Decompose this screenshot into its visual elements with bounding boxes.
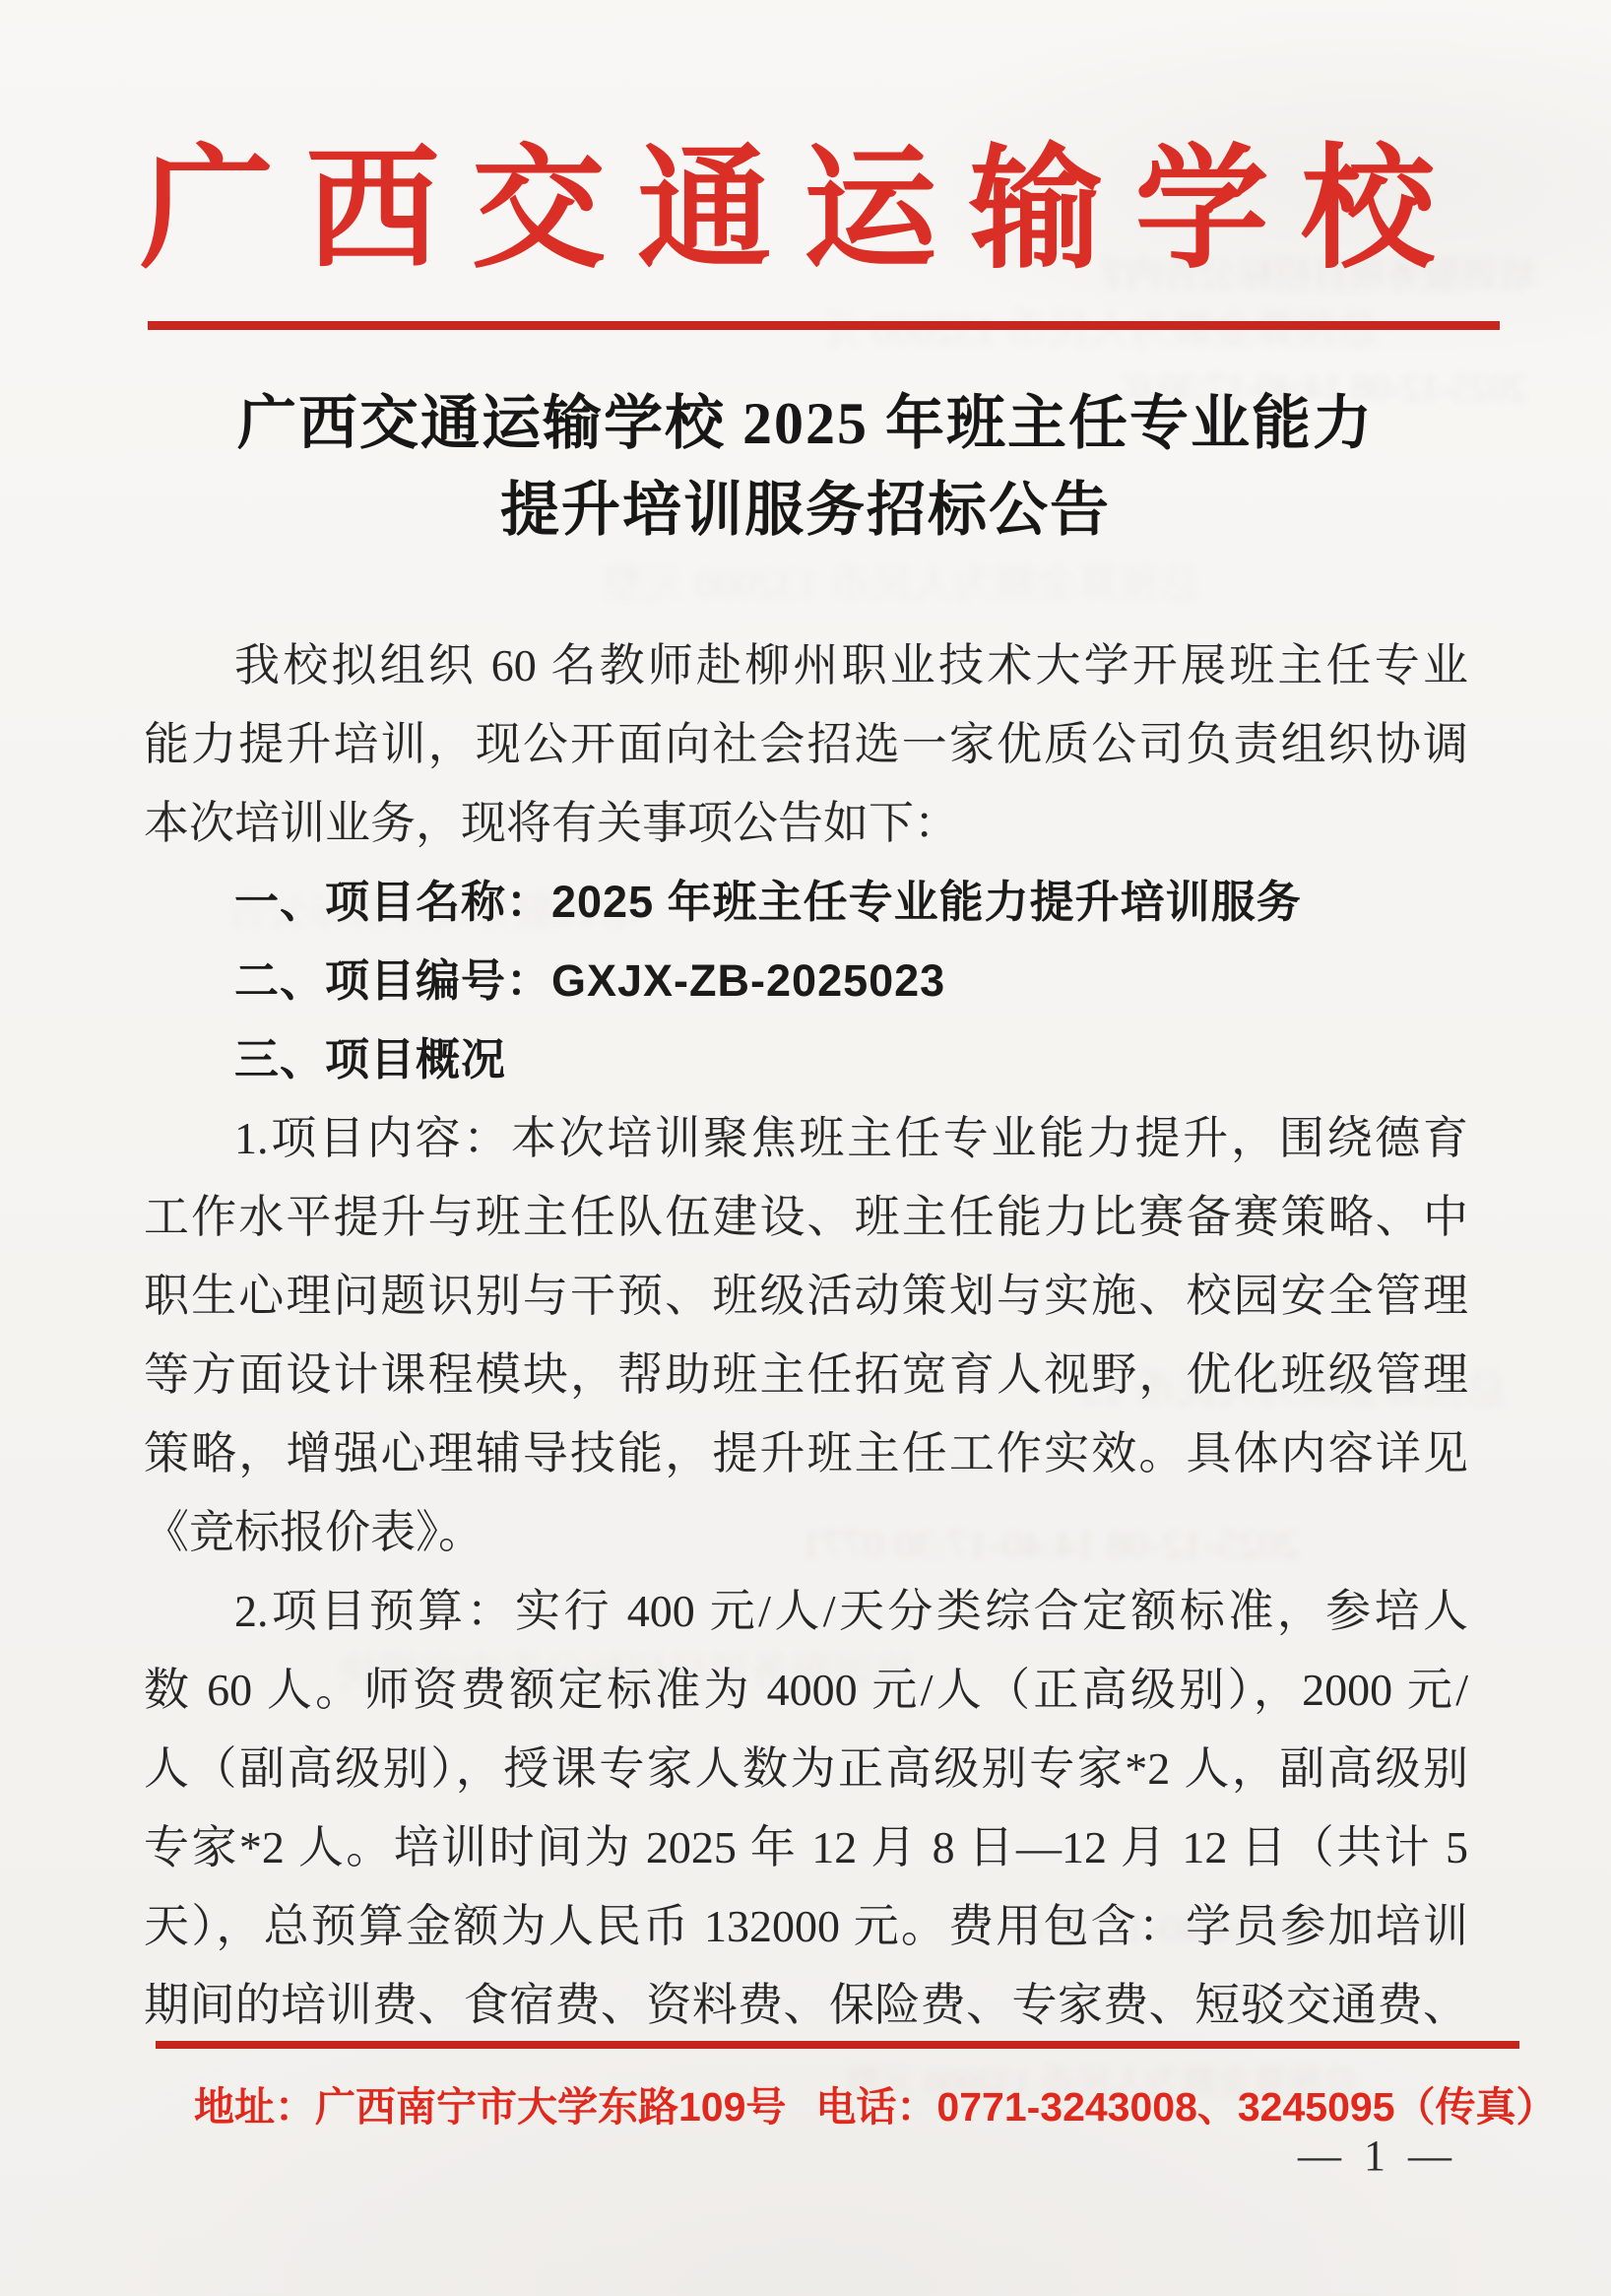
body-line: 策略，增强心理辅导技能，提升班主任工作实效。具体内容详见: [144, 1414, 1468, 1493]
body-line: 我校拟组织 60 名教师赴柳州职业技术大学开展班主任专业: [144, 626, 1468, 705]
body-line: 能力提升培训，现公开面向社会招选一家优质公司负责组织协调: [144, 705, 1468, 784]
body-line: 职生心理问题识别与干预、班级活动策划与实施、校园安全管理: [144, 1257, 1468, 1336]
heading-project-name: 一、项目名称：2025 年班主任专业能力提升培训服务: [144, 863, 1468, 942]
body-line: 数 60 人。师资费额定标准为 4000 元/人（正高级别），2000 元/: [144, 1651, 1468, 1730]
footer-divider-line: [156, 2041, 1519, 2049]
school-name-char: 校: [1301, 144, 1435, 278]
body-line: 工作水平提升与班主任队伍建设、班主任能力比赛备赛策略、中: [144, 1178, 1468, 1257]
school-name-char: 输: [969, 144, 1103, 278]
footer-address: 地址：广西南宁市大学东路109号: [194, 2084, 786, 2130]
school-name-char: 广: [140, 144, 274, 278]
heading-project-overview: 三、项目概况: [144, 1020, 1468, 1099]
school-name-char: 通: [637, 144, 771, 278]
school-name-char: 学: [1135, 144, 1269, 278]
page-number: — 1 —: [1298, 2131, 1457, 2181]
body-line: 人（副高级别），授课专家人数为正高级别专家*2 人，副高级别: [144, 1730, 1468, 1808]
footer-phone: 电话：0771-3243008、3245095（传真）: [815, 2084, 1556, 2130]
document-title-line2: 提升培训服务招标公告: [0, 467, 1611, 554]
body-line: 本次培训业务，现将有关事项公告如下：: [144, 784, 1468, 863]
letterhead-divider-line: [148, 321, 1500, 330]
bleed-through-artifact: 总预算金额为人民币 132000 元整: [315, 552, 1201, 611]
body-line: 专家*2 人。培训时间为 2025 年 12 月 8 日—12 月 12 日（共…: [144, 1808, 1468, 1887]
heading-project-number: 二、项目编号：GXJX-ZB-2025023: [144, 942, 1468, 1020]
school-name-char: 交: [472, 144, 606, 278]
body-line: 等方面设计课程模块，帮助班主任拓宽育人视野，优化班级管理: [144, 1336, 1468, 1414]
body-line: 2.项目预算：实行 400 元/人/天分类综合定额标准，参培人: [144, 1572, 1468, 1651]
body-line: 期间的培训费、食宿费、资料费、保险费、专家费、短驳交通费、: [144, 1966, 1468, 2045]
document-body: 我校拟组织 60 名教师赴柳州职业技术大学开展班主任专业 能力提升培训，现公开面…: [144, 626, 1468, 2045]
body-line: 天），总预算金额为人民币 132000 元。费用包含：学员参加培训: [144, 1887, 1468, 1966]
school-name: 广西交通运输学校: [140, 144, 1435, 278]
body-line: 1.项目内容：本次培训聚焦班主任专业能力提升，围绕德育: [144, 1099, 1468, 1178]
school-name-char: 西: [305, 144, 439, 278]
body-line: 《竞标报价表》。: [144, 1493, 1468, 1572]
document-title: 广西交通运输学校 2025 年班主任专业能力 提升培训服务招标公告: [0, 380, 1611, 554]
scanned-document-page: 培训服务项目招标公告内容模块 总预算金额为人民币 132000 元整 2025-…: [0, 0, 1611, 2296]
footer-contact: 地址：广西南宁市大学东路109号电话：0771-3243008、3245095（…: [194, 2074, 1557, 2132]
school-name-char: 运: [804, 144, 937, 278]
document-title-line1: 广西交通运输学校 2025 年班主任专业能力: [0, 380, 1611, 467]
